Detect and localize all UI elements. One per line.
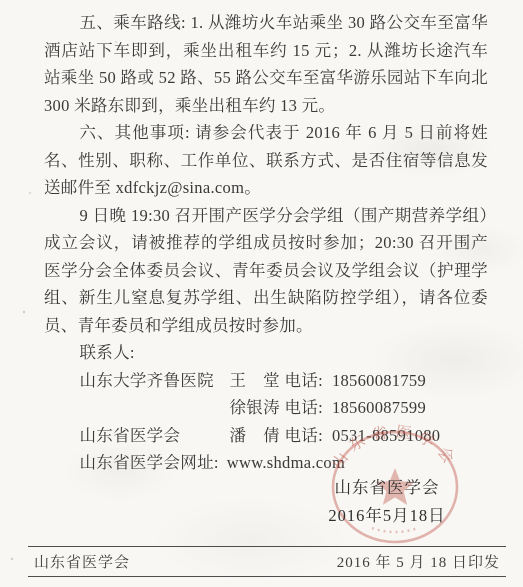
scanned-notice-page: 五、乘车路线: 1. 从潍坊火车站乘坐 30 路公交车至富华酒店站下车即到，乘坐… [0,0,523,587]
footer-bar: 山东省医学会 2016 年 5 月 18 日印发 [28,546,506,577]
footer-print-date: 2016 年 5 月 18 日印发 [337,551,500,572]
contact-org: 山东省医学会 [79,422,229,450]
contact-person-name: 王 堂 [229,367,284,395]
contact-org [79,394,229,422]
notice-body: 五、乘车路线: 1. 从潍坊火车站乘坐 30 路公交车至富华酒店站下车即到，乘坐… [44,9,488,477]
footer-issuer: 山东省医学会 [34,551,130,572]
signature-org: 山东省医学会 [318,474,456,502]
contacts-label: 联系人: [44,339,488,367]
contact-person-name: 潘 倩 [229,422,284,450]
website-label: 山东省医学会网址: [79,449,218,477]
contact-phone-label: 电话: [284,422,322,450]
paragraph-meeting-schedule: 9 日晚 19:30 召开围产医学分会学组（围产期营养学组）成立会议，请被推荐的… [44,202,488,340]
paragraph-transport-routes: 五、乘车路线: 1. 从潍坊火车站乘坐 30 路公交车至富华酒店站下车即到，乘坐… [44,9,488,119]
contact-phone-number: 18560081759 [332,367,426,395]
contact-phone-number: 18560087599 [332,394,426,422]
contact-phone-label: 电话: [284,367,322,395]
contact-person-name: 徐银涛 [229,394,284,422]
signature-date: 2016年5月18日 [318,502,456,530]
contact-row: 山东大学齐鲁医院 王 堂 电话: 18560081759 [44,367,488,395]
signature-block: 山东省医学会 2016年5月18日 [318,474,456,530]
contact-org: 山东大学齐鲁医院 [79,367,229,395]
contact-phone-label: 电话: [284,394,322,422]
paragraph-other-items: 六、其他事项: 请参会代表于 2016 年 6 月 5 日前将姓名、性别、职称、… [44,119,488,202]
contact-row: 徐银涛 电话: 18560087599 [44,394,488,422]
